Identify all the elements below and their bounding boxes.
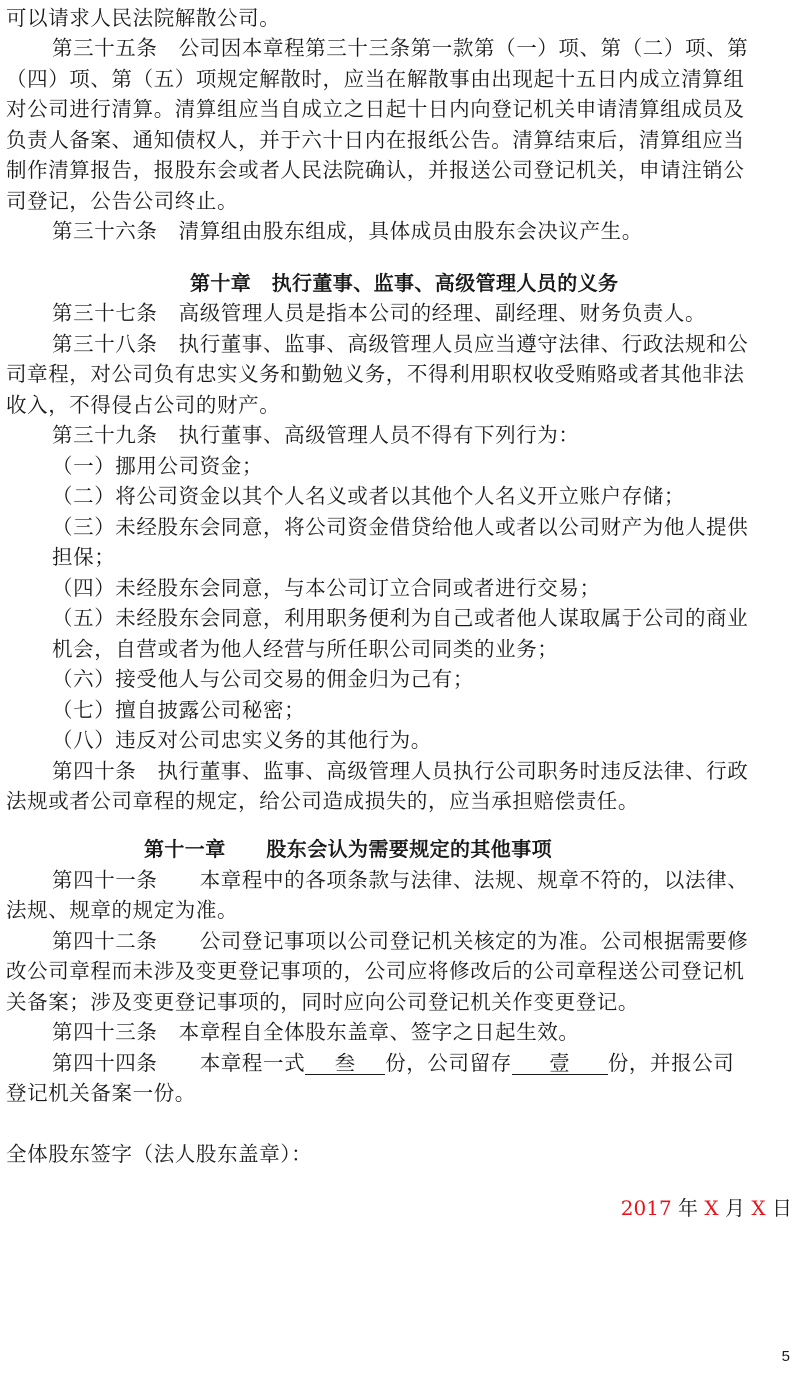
list-item: （八）违反对公司忠实义务的其他行为。 bbox=[52, 725, 800, 755]
signature-label: 全体股东签字（法人股东盖章）： bbox=[6, 1139, 796, 1169]
article-44-mid: 份，公司留存 bbox=[385, 1051, 512, 1075]
article-44-prefix: 第四十四条 本章程一式 bbox=[52, 1051, 305, 1075]
chapter-11-heading: 第十一章 股东会认为需要规定的其他事项 bbox=[144, 834, 800, 864]
article-43: 第四十三条 本章程自全体股东盖章、签字之日起生效。 bbox=[52, 1017, 800, 1047]
date-day-unit: 日 bbox=[766, 1196, 792, 1220]
paragraph-line: 对公司进行清算。清算组应当自成立之日起十日内向登记机关申请清算组成员及 bbox=[6, 94, 796, 124]
date-month-unit: 月 bbox=[719, 1196, 752, 1220]
article-41: 第四十一条 本章程中的各项条款与法律、法规、规章不符的，以法律、 bbox=[52, 865, 800, 895]
chapter-10-heading: 第十章 执行董事、监事、高级管理人员的义务 bbox=[190, 268, 800, 298]
article-39: 第三十九条 执行董事、高级管理人员不得有下列行为： bbox=[52, 420, 800, 450]
list-item-continuation: 担保； bbox=[52, 542, 800, 572]
paragraph-line: 收入，不得侵占公司的财产。 bbox=[6, 390, 796, 420]
paragraph-line: （四）项、第（五）项规定解散时，应当在解散事由出现起十五日内成立清算组 bbox=[6, 64, 796, 94]
signing-date: 2017 年 X 月 X 日 bbox=[621, 1193, 792, 1223]
page-number: 5 bbox=[782, 1348, 790, 1365]
article-38: 第三十八条 执行董事、监事、高级管理人员应当遵守法律、行政法规和公 bbox=[52, 329, 800, 359]
date-year: 2017 bbox=[621, 1196, 672, 1220]
article-35: 第三十五条 公司因本章程第三十三条第一款第（一）项、第（二）项、第 bbox=[52, 33, 800, 63]
list-item: （七）擅自披露公司秘密； bbox=[52, 695, 800, 725]
article-44: 第四十四条 本章程一式叁份，公司留存壹份，并报公司 bbox=[52, 1048, 800, 1078]
list-item-continuation: 机会，自营或者为他人经营与所任职公司同类的业务； bbox=[52, 634, 800, 664]
article-42: 第四十二条 公司登记事项以公司登记机关核定的为准。公司根据需要修 bbox=[52, 926, 800, 956]
article-36: 第三十六条 清算组由股东组成，具体成员由股东会决议产生。 bbox=[52, 216, 800, 246]
paragraph-line: 登记机关备案一份。 bbox=[6, 1078, 796, 1108]
list-item: （二）将公司资金以其个人名义或者以其他个人名义开立账户存储； bbox=[52, 481, 800, 511]
list-item: （六）接受他人与公司交易的佣金归为己有； bbox=[52, 664, 800, 694]
article-40: 第四十条 执行董事、监事、高级管理人员执行公司职务时违反法律、行政 bbox=[52, 756, 800, 786]
list-item: （三）未经股东会同意，将公司资金借贷给他人或者以公司财产为他人提供 bbox=[52, 512, 800, 542]
date-day: X bbox=[751, 1196, 765, 1220]
list-item: （一）挪用公司资金； bbox=[52, 451, 800, 481]
article-37: 第三十七条 高级管理人员是指本公司的经理、副经理、财务负责人。 bbox=[52, 298, 800, 328]
paragraph-line: 司登记，公告公司终止。 bbox=[6, 186, 796, 216]
list-item: （四）未经股东会同意，与本公司订立合同或者进行交易； bbox=[52, 573, 800, 603]
date-year-unit: 年 bbox=[672, 1196, 705, 1220]
paragraph-line: 负责人备案、通知债权人，并于六十日内在报纸公告。清算结束后，清算组应当 bbox=[6, 125, 796, 155]
copies-kept-field: 壹 bbox=[512, 1052, 608, 1075]
date-month: X bbox=[704, 1196, 718, 1220]
paragraph-line: 司章程，对公司负有忠实义务和勤勉义务，不得利用职权收受贿赂或者其他非法 bbox=[6, 359, 796, 389]
paragraph-line: 可以请求人民法院解散公司。 bbox=[6, 3, 796, 33]
document-page: 可以请求人民法院解散公司。 第三十五条 公司因本章程第三十三条第一款第（一）项、… bbox=[0, 0, 800, 1379]
paragraph-line: 制作清算报告，报股东会或者人民法院确认，并报送公司登记机关，申请注销公 bbox=[6, 155, 796, 185]
copies-total-field: 叁 bbox=[305, 1052, 385, 1075]
paragraph-line: 改公司章程而未涉及变更登记事项的，公司应将修改后的公司章程送公司登记机 bbox=[6, 956, 796, 986]
paragraph-line: 关备案；涉及变更登记事项的，同时应向公司登记机关作变更登记。 bbox=[6, 987, 796, 1017]
paragraph-line: 法规、规章的规定为准。 bbox=[6, 895, 796, 925]
article-44-suffix: 份，并报公司 bbox=[608, 1051, 735, 1075]
paragraph-line: 法规或者公司章程的规定，给公司造成损失的，应当承担赔偿责任。 bbox=[6, 786, 796, 816]
list-item: （五）未经股东会同意，利用职务便利为自己或者他人谋取属于公司的商业 bbox=[52, 603, 800, 633]
